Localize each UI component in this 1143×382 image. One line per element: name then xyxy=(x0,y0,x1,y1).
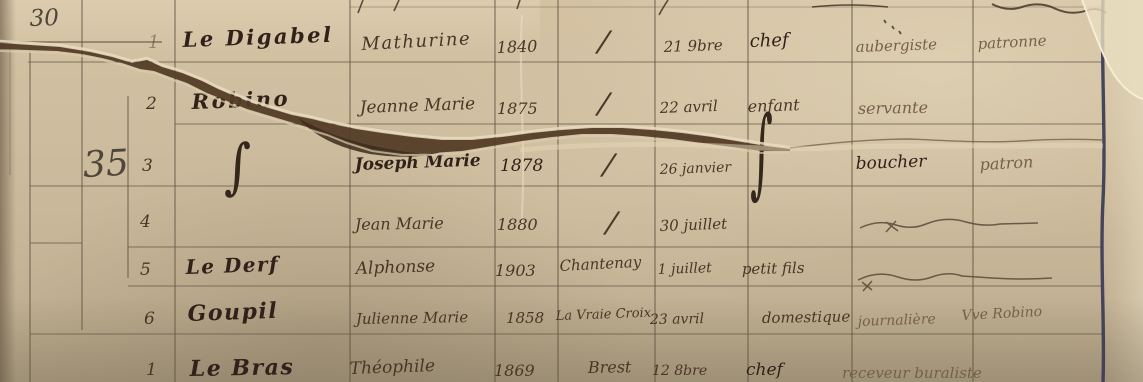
torn-corner-topright xyxy=(1082,0,1143,99)
paper-tear xyxy=(0,0,1143,382)
census-register-page: 30 35 1 Le Digabel Mathurine 1840 / 21 9… xyxy=(0,0,1143,382)
